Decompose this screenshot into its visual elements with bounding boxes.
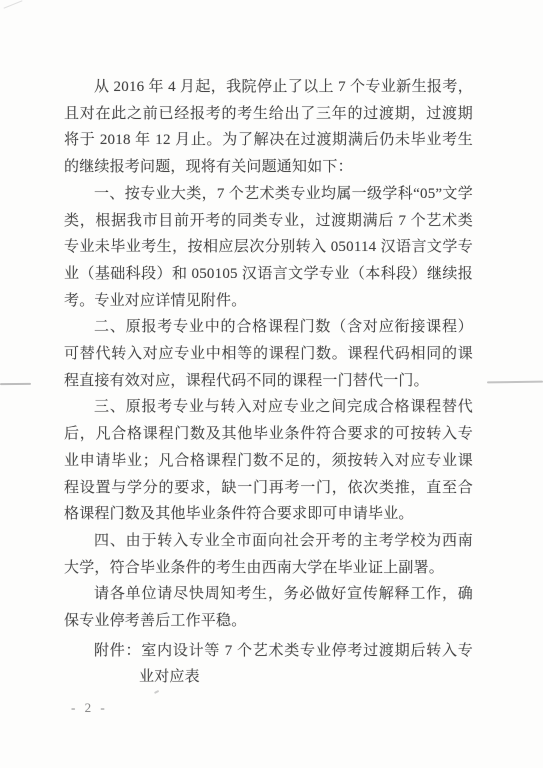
paragraph-closing: 请各单位请尽快周知考生，务必做好宣传解释工作，确保专业停考善后工作平稳。: [64, 581, 473, 634]
page-number: - 2 -: [71, 700, 108, 716]
attachment-line: 附件：室内设计等 7 个艺术类专业停考过渡期后转入专业对应表: [64, 638, 473, 691]
scan-artifact-left-edge: [0, 383, 31, 385]
paragraph-item-3: 三、原报考专业与转入对应专业之间完成合格课程替代后，凡合格课程门数及其他毕业条件…: [64, 394, 473, 528]
paragraph-item-2: 二、原报考专业中的合格课程门数（含对应衔接课程）可替代转入对应专业中相等的课程门…: [64, 314, 473, 394]
scanned-document-page: 从 2016 年 4 月起，我院停止了以上 7 个专业新生报考，且对在此之前已经…: [0, 0, 543, 768]
paragraph-item-1: 一、按专业大类，7 个艺术类专业均属一级学科“05”文学类，根据我市目前开考的同…: [64, 181, 473, 315]
document-body: 从 2016 年 4 月起，我院停止了以上 7 个专业新生报考，且对在此之前已经…: [64, 74, 473, 691]
scan-artifact-corner: [4, 0, 23, 8]
paragraph-intro: 从 2016 年 4 月起，我院停止了以上 7 个专业新生报考，且对在此之前已经…: [64, 74, 473, 181]
scan-artifact-right-edge: [487, 381, 543, 383]
attachment-text: 室内设计等 7 个艺术类专业停考过渡期后转入专业对应表: [139, 643, 473, 686]
attachment-label: 附件：: [94, 643, 141, 659]
scan-artifact-speck: [154, 690, 159, 694]
paragraph-item-4: 四、由于转入专业全市面向社会开考的主考学校为西南大学，符合毕业条件的考生由西南大…: [64, 528, 473, 581]
